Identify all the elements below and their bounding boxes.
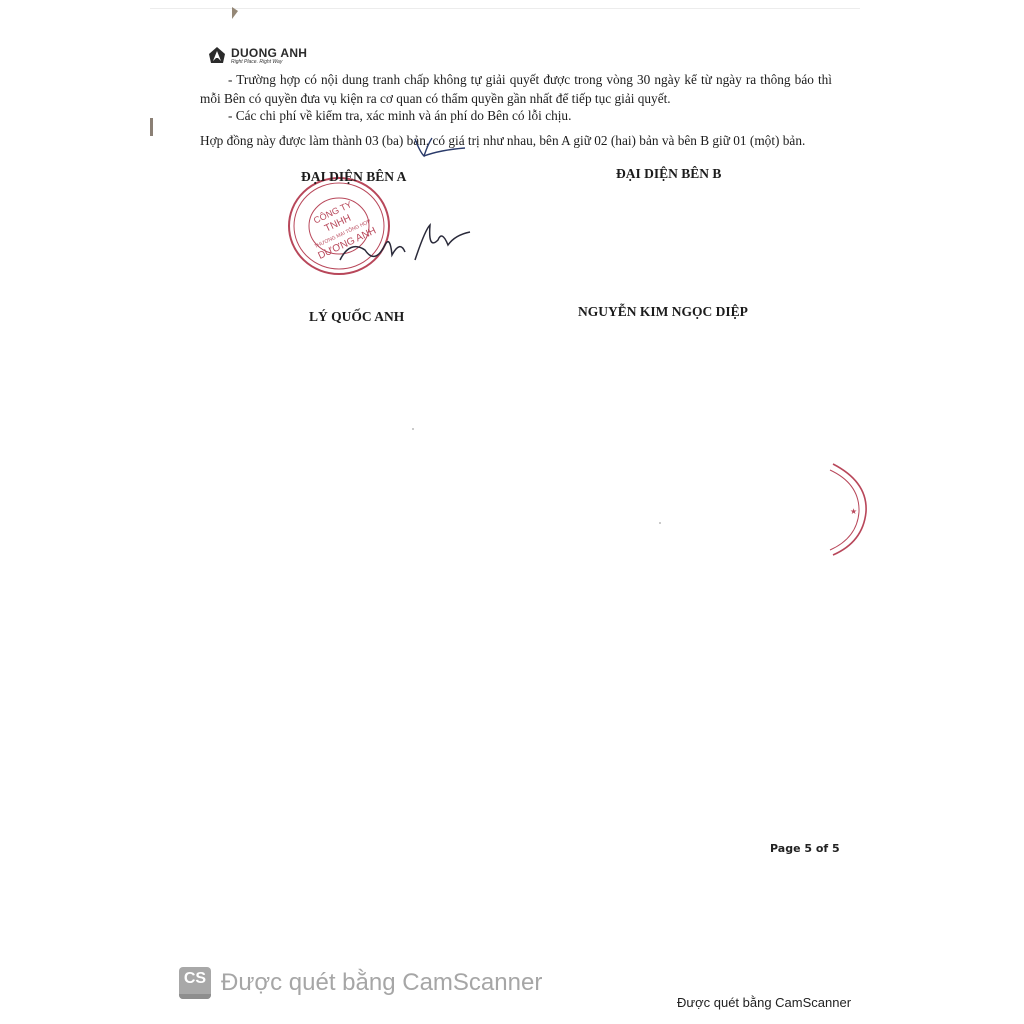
scan-edge-line bbox=[150, 8, 860, 9]
partial-stamp-edge: ★ bbox=[828, 462, 868, 557]
logo-tagline: Right Place. Right Way bbox=[231, 60, 307, 65]
scanner-footer-text: Được quét bằng CamScanner bbox=[677, 995, 851, 1010]
scan-speck bbox=[412, 428, 414, 430]
scan-margin-mark bbox=[150, 118, 153, 136]
clause-copies: Hợp đồng này được làm thành 03 (ba) bản,… bbox=[200, 131, 832, 150]
scan-speck bbox=[659, 522, 661, 524]
watermark-text: Được quét bằng CamScanner bbox=[221, 969, 542, 997]
party-a-name: LÝ QUỐC ANH bbox=[309, 309, 404, 325]
svg-text:★: ★ bbox=[850, 507, 857, 516]
signature-party-a bbox=[330, 210, 480, 270]
camscanner-icon: CS bbox=[179, 967, 211, 999]
party-b-name: NGUYỄN KIM NGỌC DIỆP bbox=[578, 304, 748, 320]
clause-dispute-resolution: - Trường hợp có nội dung tranh chấp khôn… bbox=[200, 70, 832, 108]
logo-name: DUONG ANH bbox=[231, 47, 307, 59]
clause-costs: - Các chi phí về kiểm tra, xác minh và á… bbox=[228, 106, 828, 125]
company-logo: DUONG ANH Right Place. Right Way bbox=[207, 46, 307, 66]
camscanner-watermark: CS Được quét bằng CamScanner bbox=[179, 967, 542, 999]
page-number: Page 5 of 5 bbox=[770, 842, 840, 855]
party-b-heading: ĐẠI DIỆN BÊN B bbox=[616, 166, 721, 182]
signature-flourish bbox=[410, 134, 470, 164]
party-a-heading: ĐẠI DIỆN BÊN A bbox=[301, 169, 406, 185]
duong-anh-logo-icon bbox=[207, 46, 227, 66]
paper-fold-mark bbox=[232, 7, 238, 19]
